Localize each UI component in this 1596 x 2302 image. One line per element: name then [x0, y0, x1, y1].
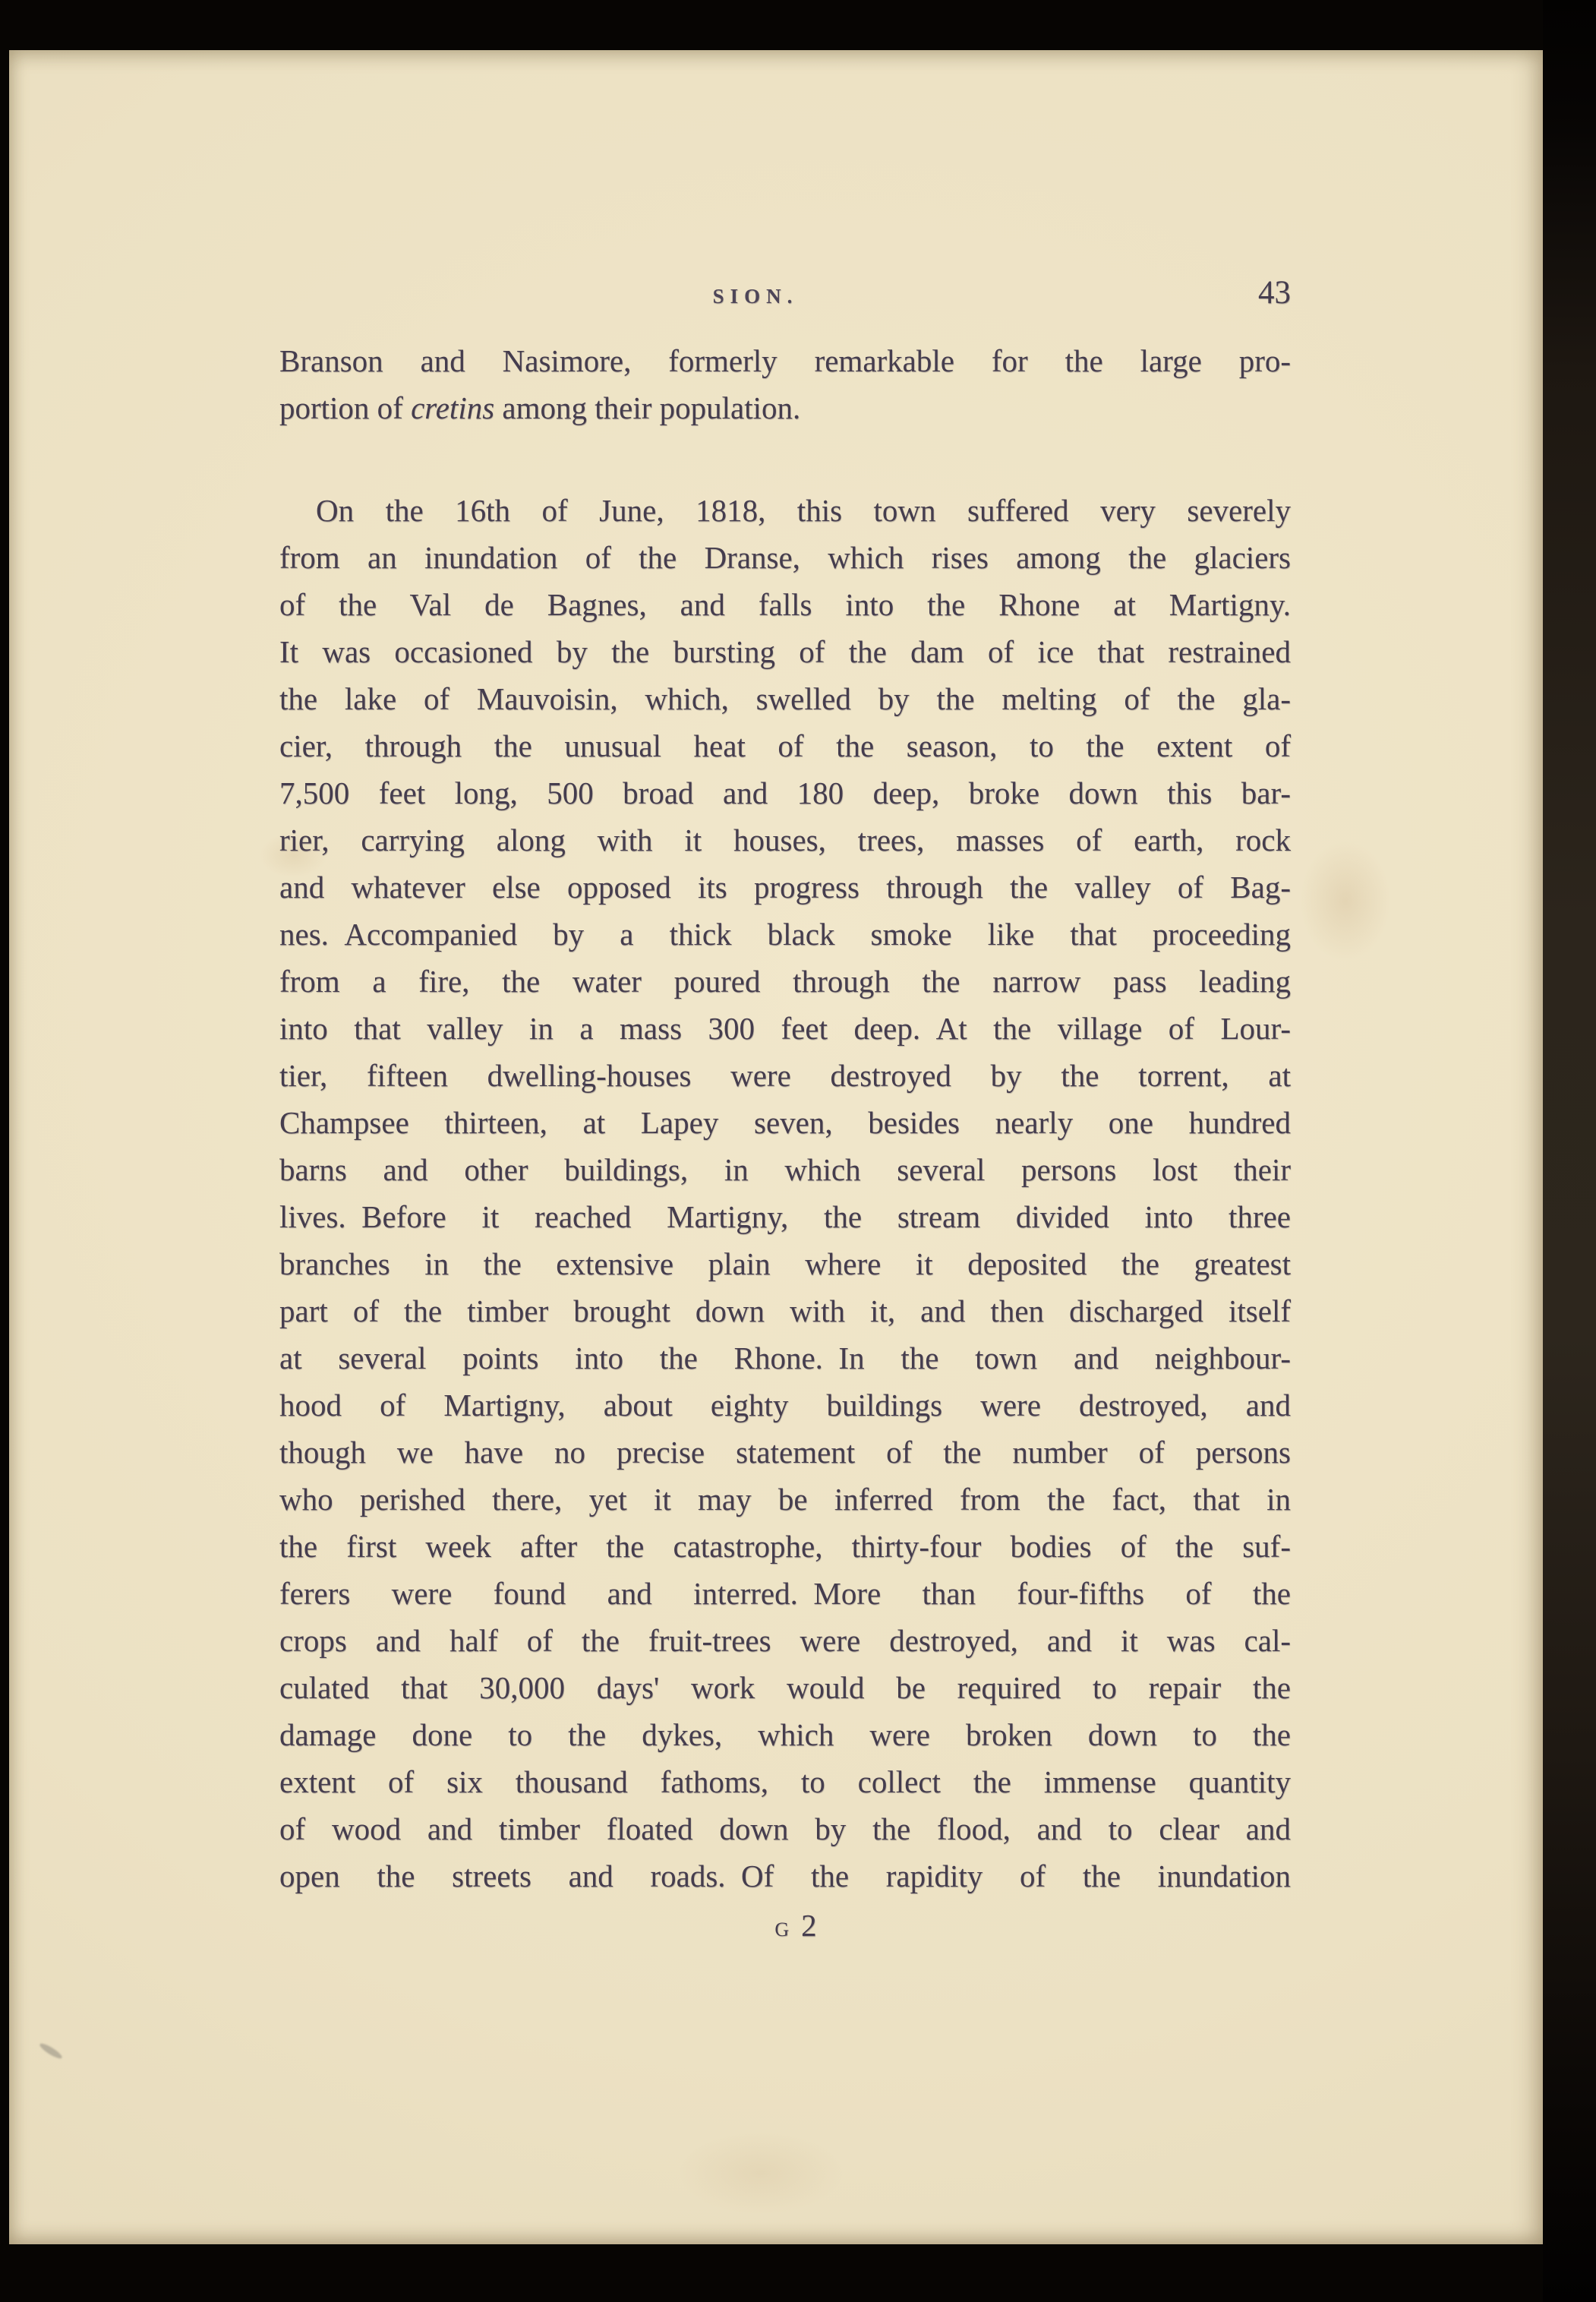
page-header: SION. 43: [279, 278, 1291, 337]
signature-gathering-letter: G: [774, 1918, 790, 1940]
body-line: damage done to the dykes, which were bro…: [279, 1711, 1291, 1758]
text-segment: from an inundation of the Dranse, which …: [279, 540, 1291, 575]
text-segment: among their population.: [494, 390, 800, 425]
body-line: cier, through the unusual heat of the se…: [279, 722, 1291, 769]
text-segment: lives. Before it reached Martigny, the s…: [279, 1199, 1291, 1234]
body-line: tier, fifteen dwelling-houses were destr…: [279, 1052, 1291, 1099]
text-segment: though we have no precise statement of t…: [279, 1435, 1291, 1470]
text-segment: into that valley in a mass 300 feet deep…: [279, 1011, 1291, 1046]
book-page: SION. 43 Branson and Nasimore, formerly …: [9, 50, 1543, 2244]
book-binding-band: [1543, 0, 1596, 2302]
text-segment: 7,500 feet long, 500 broad and 180 deep,…: [279, 775, 1291, 810]
text-segment: open the streets and roads. Of the rapid…: [279, 1858, 1291, 1893]
text-segment: of the Val de Bagnes, and falls into the…: [279, 587, 1291, 622]
body-line: nes. Accompanied by a thick black smoke …: [279, 911, 1291, 958]
text-segment: It was occasioned by the bursting of the…: [279, 634, 1291, 669]
text-segment: portion of: [279, 390, 411, 425]
text-segment: the first week after the catastrophe, th…: [279, 1529, 1291, 1564]
body-line: open the streets and roads. Of the rapid…: [279, 1852, 1291, 1899]
paragraph: On the 16th of June, 1818, this town suf…: [279, 487, 1291, 1899]
paper-stain: [1300, 840, 1391, 962]
body-line: of the Val de Bagnes, and falls into the…: [279, 581, 1291, 628]
signature-mark: G2: [290, 1904, 1301, 1951]
text-segment: Champsee thirteen, at Lapey seven, besid…: [279, 1105, 1291, 1140]
text-segment: branches in the extensive plain where it…: [279, 1246, 1291, 1281]
text-segment: at several points into the Rhone. In the…: [279, 1340, 1291, 1375]
text-segment: rier, carrying along with it houses, tre…: [279, 823, 1291, 857]
text-segment: On the 16th of June, 1818, this town suf…: [316, 493, 1291, 528]
body-line: crops and half of the fruit-trees were d…: [279, 1617, 1291, 1664]
body-line: from a fire, the water poured through th…: [279, 958, 1291, 1005]
text-segment: damage done to the dykes, which were bro…: [279, 1717, 1291, 1752]
body-line: from an inundation of the Dranse, which …: [279, 534, 1291, 581]
text-block: SION. 43 Branson and Nasimore, formerly …: [279, 278, 1291, 1951]
paragraph: Branson and Nasimore, formerly remarkabl…: [279, 337, 1291, 431]
body-line: the first week after the catastrophe, th…: [279, 1523, 1291, 1570]
signature-number: 2: [801, 1908, 817, 1943]
body-line: and whatever else opposed its progress t…: [279, 864, 1291, 911]
text-segment: barns and other buildings, in which seve…: [279, 1152, 1291, 1187]
body-line: lives. Before it reached Martigny, the s…: [279, 1193, 1291, 1240]
body-line: at several points into the Rhone. In the…: [279, 1334, 1291, 1382]
text-segment: ferers were found and interred. More tha…: [279, 1576, 1291, 1611]
text-segment: part of the timber brought down with it,…: [279, 1293, 1291, 1328]
body-line: part of the timber brought down with it,…: [279, 1287, 1291, 1334]
pencil-smudge: [38, 2041, 64, 2061]
body-line: barns and other buildings, in which seve…: [279, 1146, 1291, 1193]
page-number: 43: [1258, 276, 1291, 309]
body-line: extent of six thousand fathoms, to colle…: [279, 1758, 1291, 1805]
body-line: culated that 30,000 days' work would be …: [279, 1664, 1291, 1711]
running-title: SION.: [713, 286, 799, 307]
text-segment: from a fire, the water poured through th…: [279, 964, 1291, 999]
body-line: into that valley in a mass 300 feet deep…: [279, 1005, 1291, 1052]
body-line: branches in the extensive plain where it…: [279, 1240, 1291, 1287]
body-line: though we have no precise statement of t…: [279, 1429, 1291, 1476]
body-line: Branson and Nasimore, formerly remarkabl…: [279, 337, 1291, 384]
text-segment: culated that 30,000 days' work would be …: [279, 1670, 1291, 1705]
text-segment: and whatever else opposed its progress t…: [279, 870, 1291, 905]
body-line: 7,500 feet long, 500 broad and 180 deep,…: [279, 769, 1291, 816]
text-segment: tier, fifteen dwelling-houses were destr…: [279, 1058, 1291, 1093]
italic-text: cretins: [411, 390, 494, 425]
text-segment: the lake of Mauvoisin, which, swelled by…: [279, 681, 1291, 716]
body-line: Champsee thirteen, at Lapey seven, besid…: [279, 1099, 1291, 1146]
text-segment: hood of Martigny, about eighty buildings…: [279, 1388, 1291, 1423]
body-line: portion of cretins among their populatio…: [279, 384, 1291, 431]
body-line: hood of Martigny, about eighty buildings…: [279, 1382, 1291, 1429]
body-line: who perished there, yet it may be inferr…: [279, 1476, 1291, 1523]
text-segment: crops and half of the fruit-trees were d…: [279, 1623, 1291, 1658]
body-line: rier, carrying along with it houses, tre…: [279, 816, 1291, 864]
text-segment: Branson and Nasimore, formerly remarkabl…: [279, 343, 1291, 378]
paragraphs: Branson and Nasimore, formerly remarkabl…: [279, 337, 1291, 1899]
body-line: the lake of Mauvoisin, which, swelled by…: [279, 675, 1291, 722]
text-segment: of wood and timber floated down by the f…: [279, 1811, 1291, 1846]
text-segment: cier, through the unusual heat of the se…: [279, 728, 1291, 763]
body-line: of wood and timber floated down by the f…: [279, 1805, 1291, 1852]
paper-stain: [677, 2131, 844, 2215]
body-line: On the 16th of June, 1818, this town suf…: [279, 487, 1291, 534]
body-line: It was occasioned by the bursting of the…: [279, 628, 1291, 675]
text-segment: who perished there, yet it may be inferr…: [279, 1482, 1291, 1517]
body-line: ferers were found and interred. More tha…: [279, 1570, 1291, 1617]
scan-edge-strip: [0, 0, 9, 2302]
text-segment: extent of six thousand fathoms, to colle…: [279, 1764, 1291, 1799]
text-segment: nes. Accompanied by a thick black smoke …: [279, 917, 1291, 952]
